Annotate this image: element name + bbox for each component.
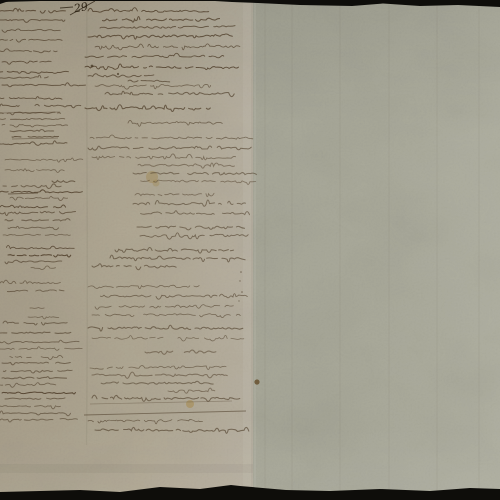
stain — [239, 280, 240, 281]
paper-sheet — [0, 0, 500, 500]
stain — [241, 291, 243, 293]
manuscript-page-image: 29 — [0, 0, 500, 500]
stain — [240, 271, 242, 273]
stain — [254, 379, 259, 384]
stain — [238, 300, 239, 301]
stain — [117, 73, 119, 75]
horizontal-crease — [0, 464, 253, 473]
page-number: 29 — [72, 0, 89, 15]
fold-light-strip — [243, 0, 253, 500]
manuscript-scan-viewer: 29 — [0, 0, 500, 500]
stain — [186, 400, 194, 408]
